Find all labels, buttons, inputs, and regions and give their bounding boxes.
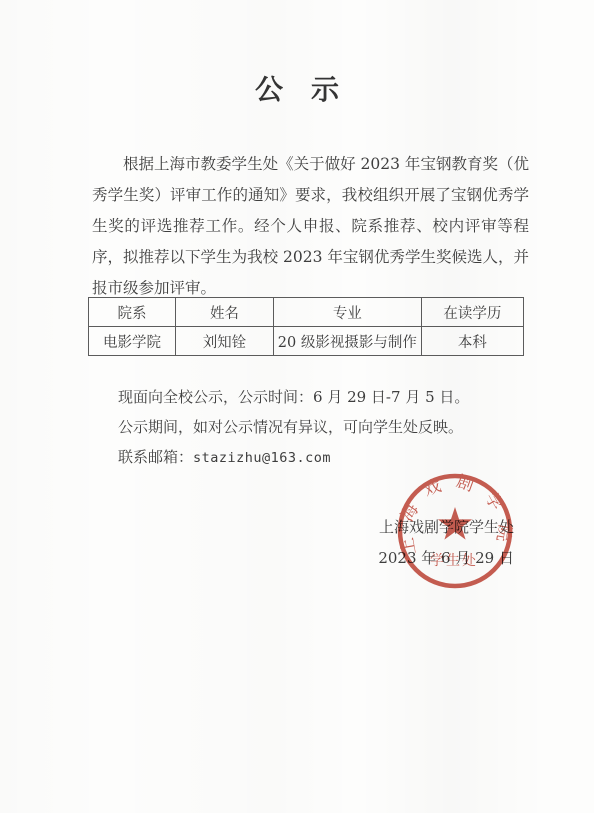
- signature-block: 上海戏剧学院学生处 2023 年 6 月 29 日: [378, 512, 514, 574]
- table-row: 电影学院 刘知铨 20 级影视摄影与制作 本科: [89, 327, 524, 356]
- publicity-period-line: 现面向全校公示，公示时间：6 月 29 日-7 月 5 日。: [92, 382, 529, 412]
- page-title: 公 示: [0, 68, 594, 108]
- candidates-table: 院系 姓名 专业 在读学历 电影学院 刘知铨 20 级影视摄影与制作 本科: [88, 297, 524, 356]
- signature-org: 上海戏剧学院学生处: [378, 512, 514, 543]
- header-degree: 在读学历: [421, 298, 523, 327]
- announcement-page: 公 示 根据上海市教委学生处《关于做好 2023 年宝钢教育奖（优秀学生奖）评审…: [0, 0, 594, 813]
- cell-major: 20 级影视摄影与制作: [273, 327, 421, 356]
- objection-line: 公示期间，如对公示情况有异议，可向学生处反映。: [92, 412, 529, 442]
- contact-label: 联系邮箱：: [118, 448, 193, 466]
- header-department: 院系: [89, 298, 176, 327]
- contact-email: stazizhu@163.com: [193, 450, 331, 466]
- header-major: 专业: [273, 298, 421, 327]
- header-name: 姓名: [176, 298, 274, 327]
- signature-date: 2023 年 6 月 29 日: [378, 543, 514, 574]
- table-header-row: 院系 姓名 专业 在读学历: [89, 298, 524, 327]
- announcement-paragraph: 根据上海市教委学生处《关于做好 2023 年宝钢教育奖（优秀学生奖）评审工作的通…: [92, 149, 529, 304]
- notice-block: 现面向全校公示，公示时间：6 月 29 日-7 月 5 日。 公示期间，如对公示…: [92, 382, 529, 473]
- cell-name: 刘知铨: [176, 327, 274, 356]
- cell-degree: 本科: [421, 327, 523, 356]
- cell-department: 电影学院: [89, 327, 176, 356]
- contact-line: 联系邮箱：stazizhu@163.com: [92, 442, 529, 473]
